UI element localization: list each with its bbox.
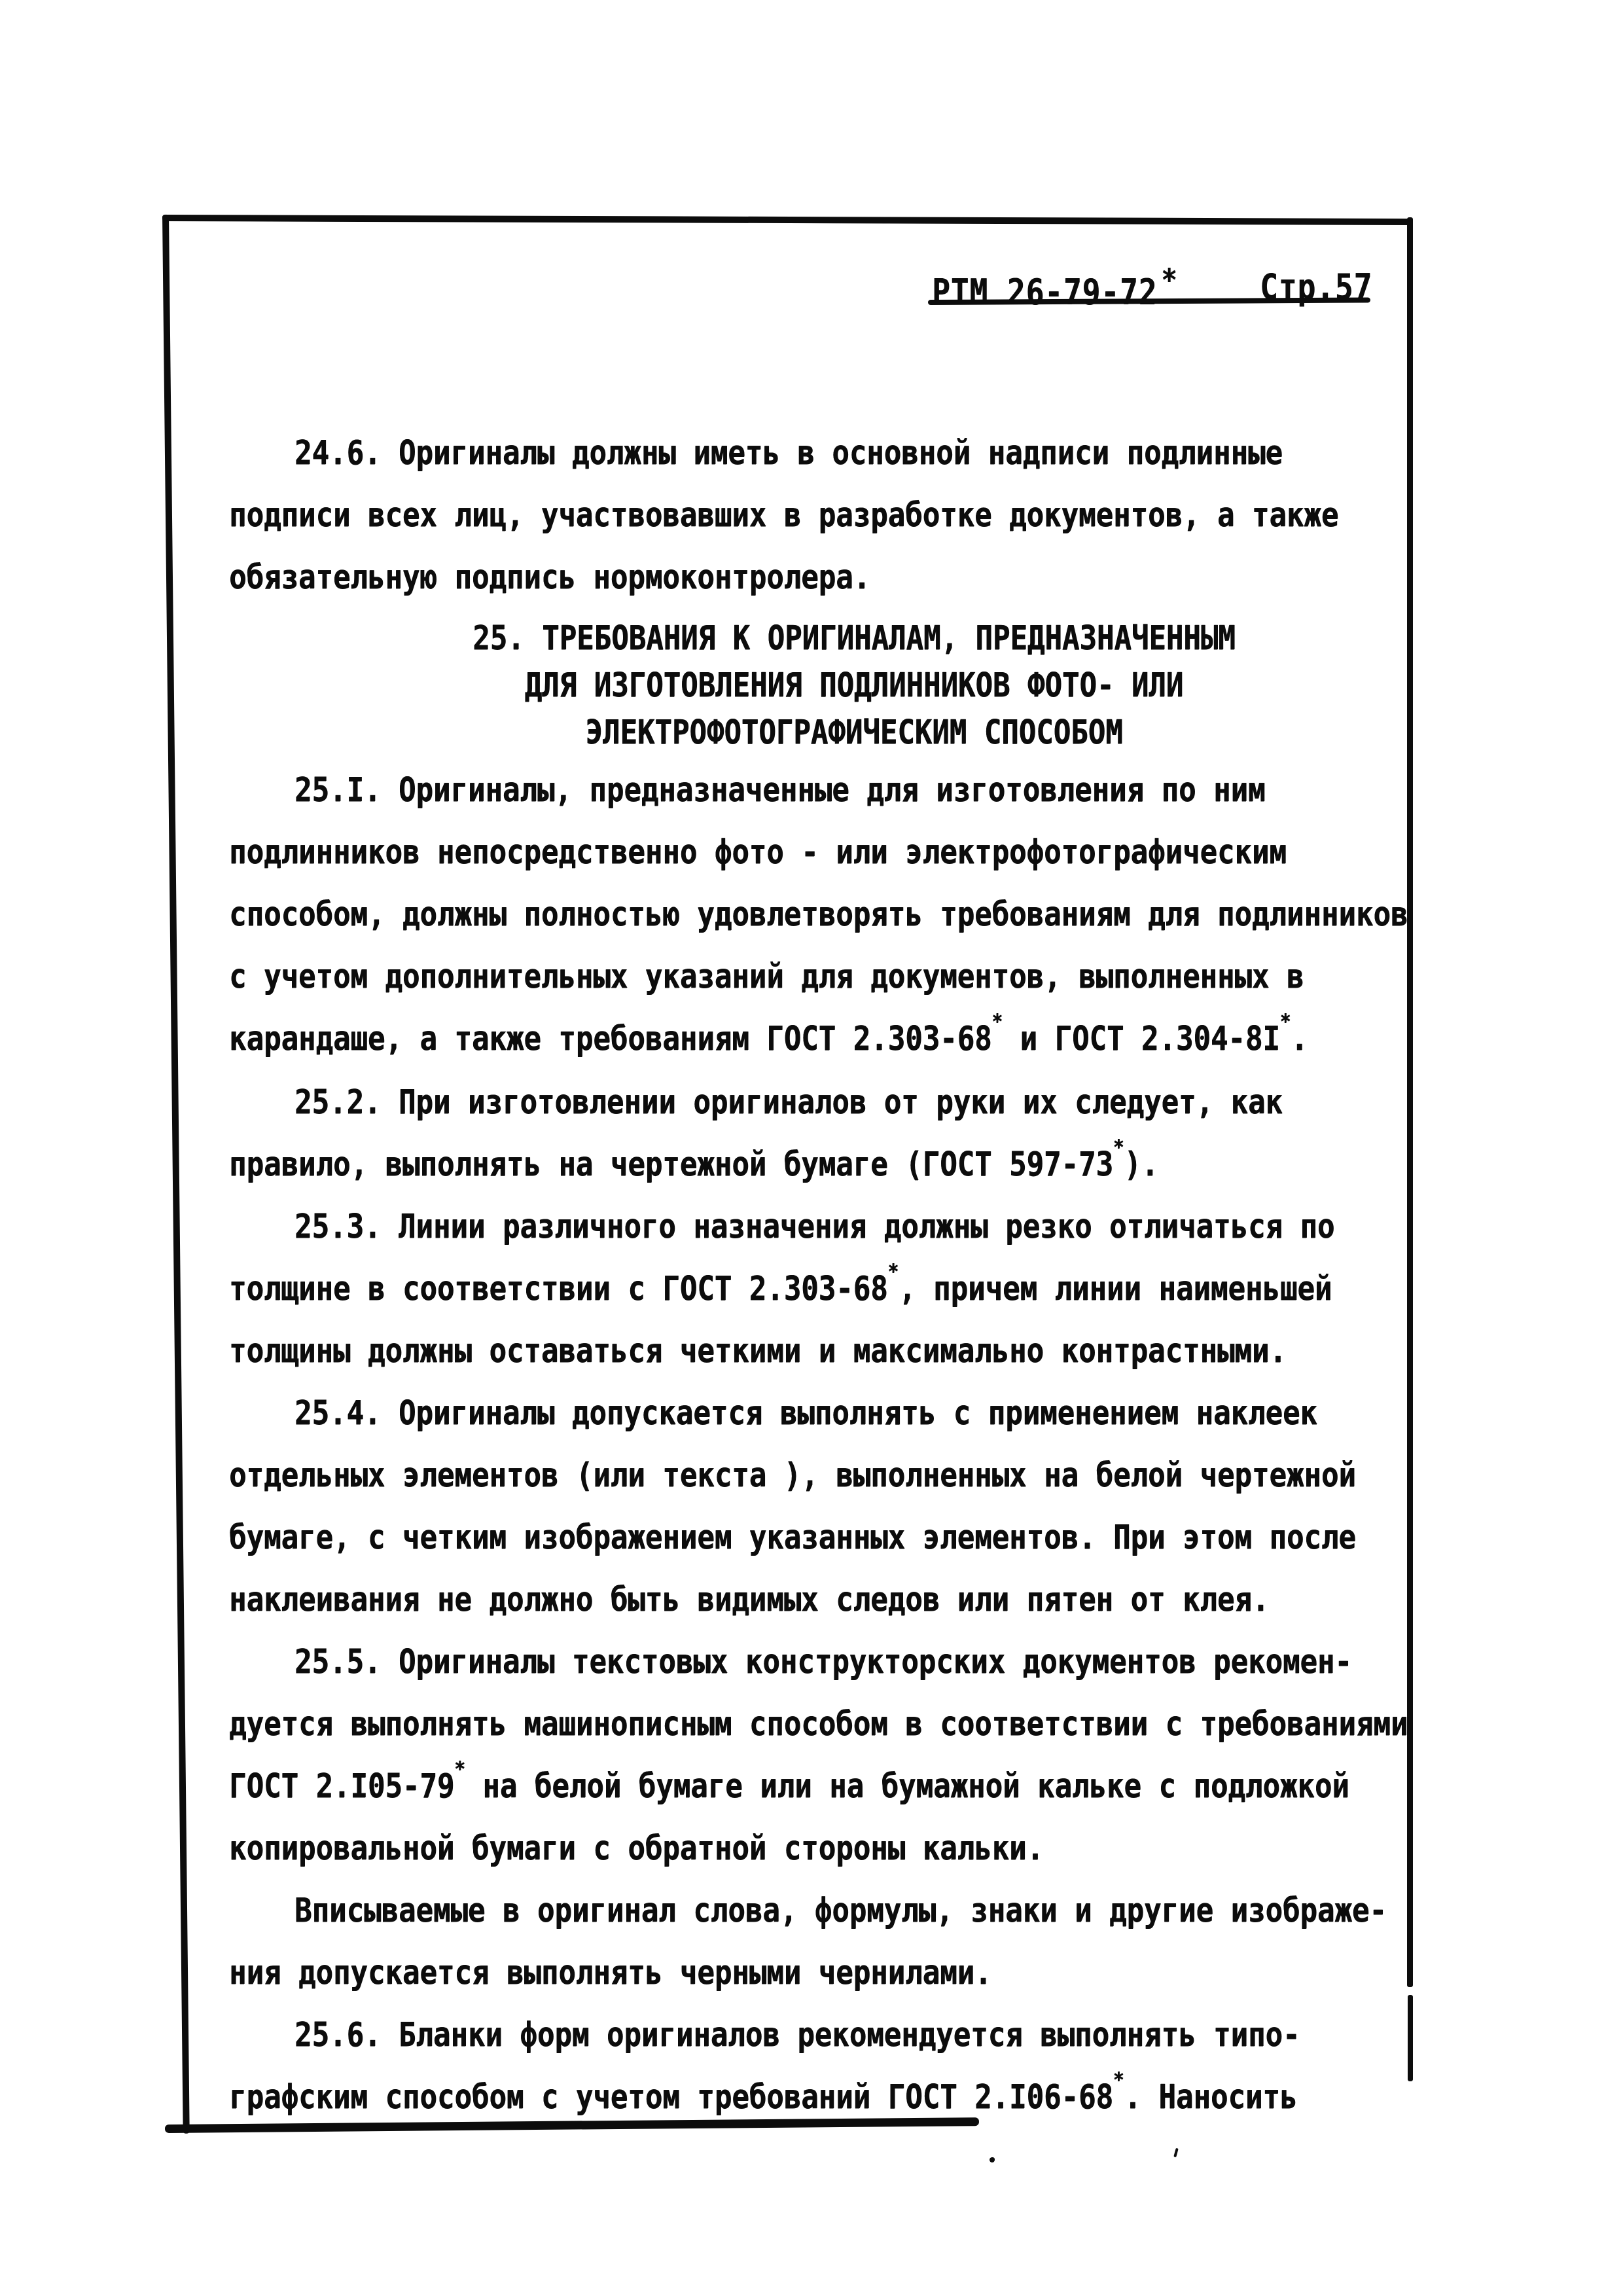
asterisk-footnote: * — [1113, 1136, 1124, 1159]
text-line: карандаше, а также требованиям ГОСТ 2.30… — [229, 1003, 1400, 1075]
text-line: 25.3. Линии различного назначения должны… — [229, 1191, 1400, 1263]
document-page: РТМ 26-79-72* Стр.57 24.6. Оригиналы дол… — [0, 0, 1623, 2296]
text-line: с учетом дополнительных указаний для док… — [229, 941, 1400, 1013]
text-line: 25.I. Оригиналы, предназначенные для изг… — [229, 755, 1400, 826]
page-frame-right-border-lower — [1408, 1995, 1413, 2081]
text-line: Вписываемые в оригинал слова, формулы, з… — [229, 1875, 1400, 1946]
text-line: бумаге, с четким изображением указанных … — [229, 1502, 1400, 1573]
text-line: способом, должны полностью удовлетворять… — [229, 879, 1400, 950]
text-line: ЭЛЕКТРОФОТОГРАФИЧЕСКИМ СПОСОБОМ — [268, 706, 1440, 761]
document-number-text: РТМ 26-79-72 — [932, 271, 1157, 313]
text-line: наклеивания не должно быть видимых следо… — [229, 1564, 1400, 1636]
text-line: ГОСТ 2.I05-79* на белой бумаге или на бу… — [229, 1751, 1400, 1822]
asterisk-footnote: * — [1113, 2068, 1124, 2092]
text-line: толщине в соответствии с ГОСТ 2.303-68*,… — [229, 1253, 1400, 1325]
paragraph-25-5-continuation: Вписываемые в оригинал слова, формулы, з… — [229, 1880, 1400, 2004]
asterisk-footnote: * — [1280, 1010, 1291, 1033]
text-line: подписи всех лиц, участвовавших в разраб… — [229, 480, 1400, 551]
text-line: правило, выполнять на чертежной бумаге (… — [229, 1129, 1400, 1200]
text-line: 25.5. Оригиналы текстовых конструкторски… — [229, 1626, 1400, 1698]
asterisk-footnote: * — [992, 1010, 1003, 1033]
page-frame-left-border — [162, 215, 190, 2134]
page-frame-right-border-upper — [1407, 217, 1413, 1987]
text-line: 25. ТРЕБОВАНИЯ К ОРИГИНАЛАМ, ПРЕДНАЗНАЧЕ… — [268, 612, 1440, 666]
section-25-heading: 25. ТРЕБОВАНИЯ К ОРИГИНАЛАМ, ПРЕДНАЗНАЧЕ… — [229, 615, 1440, 757]
paragraph-25-4: 25.4. Оригиналы допускается выполнять с … — [229, 1382, 1400, 1631]
text-line: 25.4. Оригиналы допускается выполнять с … — [229, 1378, 1400, 1449]
asterisk-footnote: * — [888, 1260, 899, 1283]
page-frame-top-border — [162, 215, 1413, 225]
paragraph-25-2: 25.2. При изготовлении оригиналов от рук… — [229, 1071, 1400, 1196]
text-line: подлинников непосредственно фото - или э… — [229, 817, 1400, 888]
text-line: дуется выполнять машинописным способом в… — [229, 1689, 1400, 1760]
text-line: 25.2. При изготовлении оригиналов от рук… — [229, 1067, 1400, 1138]
text-line: обязательную подпись нормоконтролера. — [229, 542, 1400, 613]
paragraph-25-1: 25.I. Оригиналы, предназначенные для изг… — [229, 759, 1400, 1070]
text-line: копировальной бумаги с обратной стороны … — [229, 1813, 1400, 1884]
paragraph-25-3: 25.3. Линии различного назначения должны… — [229, 1196, 1400, 1382]
asterisk-footnote: * — [1161, 263, 1177, 298]
document-number: РТМ 26-79-72* — [932, 259, 1177, 314]
text-line: ния допускается выполнять черными чернил… — [229, 1937, 1400, 2009]
paragraph-25-6: 25.6. Бланки форм оригиналов рекомендует… — [229, 2004, 1400, 2128]
asterisk-footnote: * — [454, 1757, 465, 1781]
paragraph-24-6: 24.6. Оригиналы должны иметь в основной … — [229, 422, 1400, 609]
text-line: графским способом с учетом требований ГО… — [229, 2062, 1400, 2133]
text-line: 24.6. Оригиналы должны иметь в основной … — [229, 418, 1400, 489]
scan-speck — [990, 2157, 995, 2162]
text-line: отдельных элементов (или текста ), выпол… — [229, 1440, 1400, 1511]
text-line: ДЛЯ ИЗГОТОВЛЕНИЯ ПОДЛИННИКОВ ФОТО- ИЛИ — [268, 659, 1440, 713]
paragraph-25-5: 25.5. Оригиналы текстовых конструкторски… — [229, 1631, 1400, 1880]
scan-speck — [1173, 2148, 1178, 2158]
text-line: толщины должны оставаться четкими и макс… — [229, 1316, 1400, 1387]
text-line: 25.6. Бланки форм оригиналов рекомендует… — [229, 2000, 1400, 2071]
